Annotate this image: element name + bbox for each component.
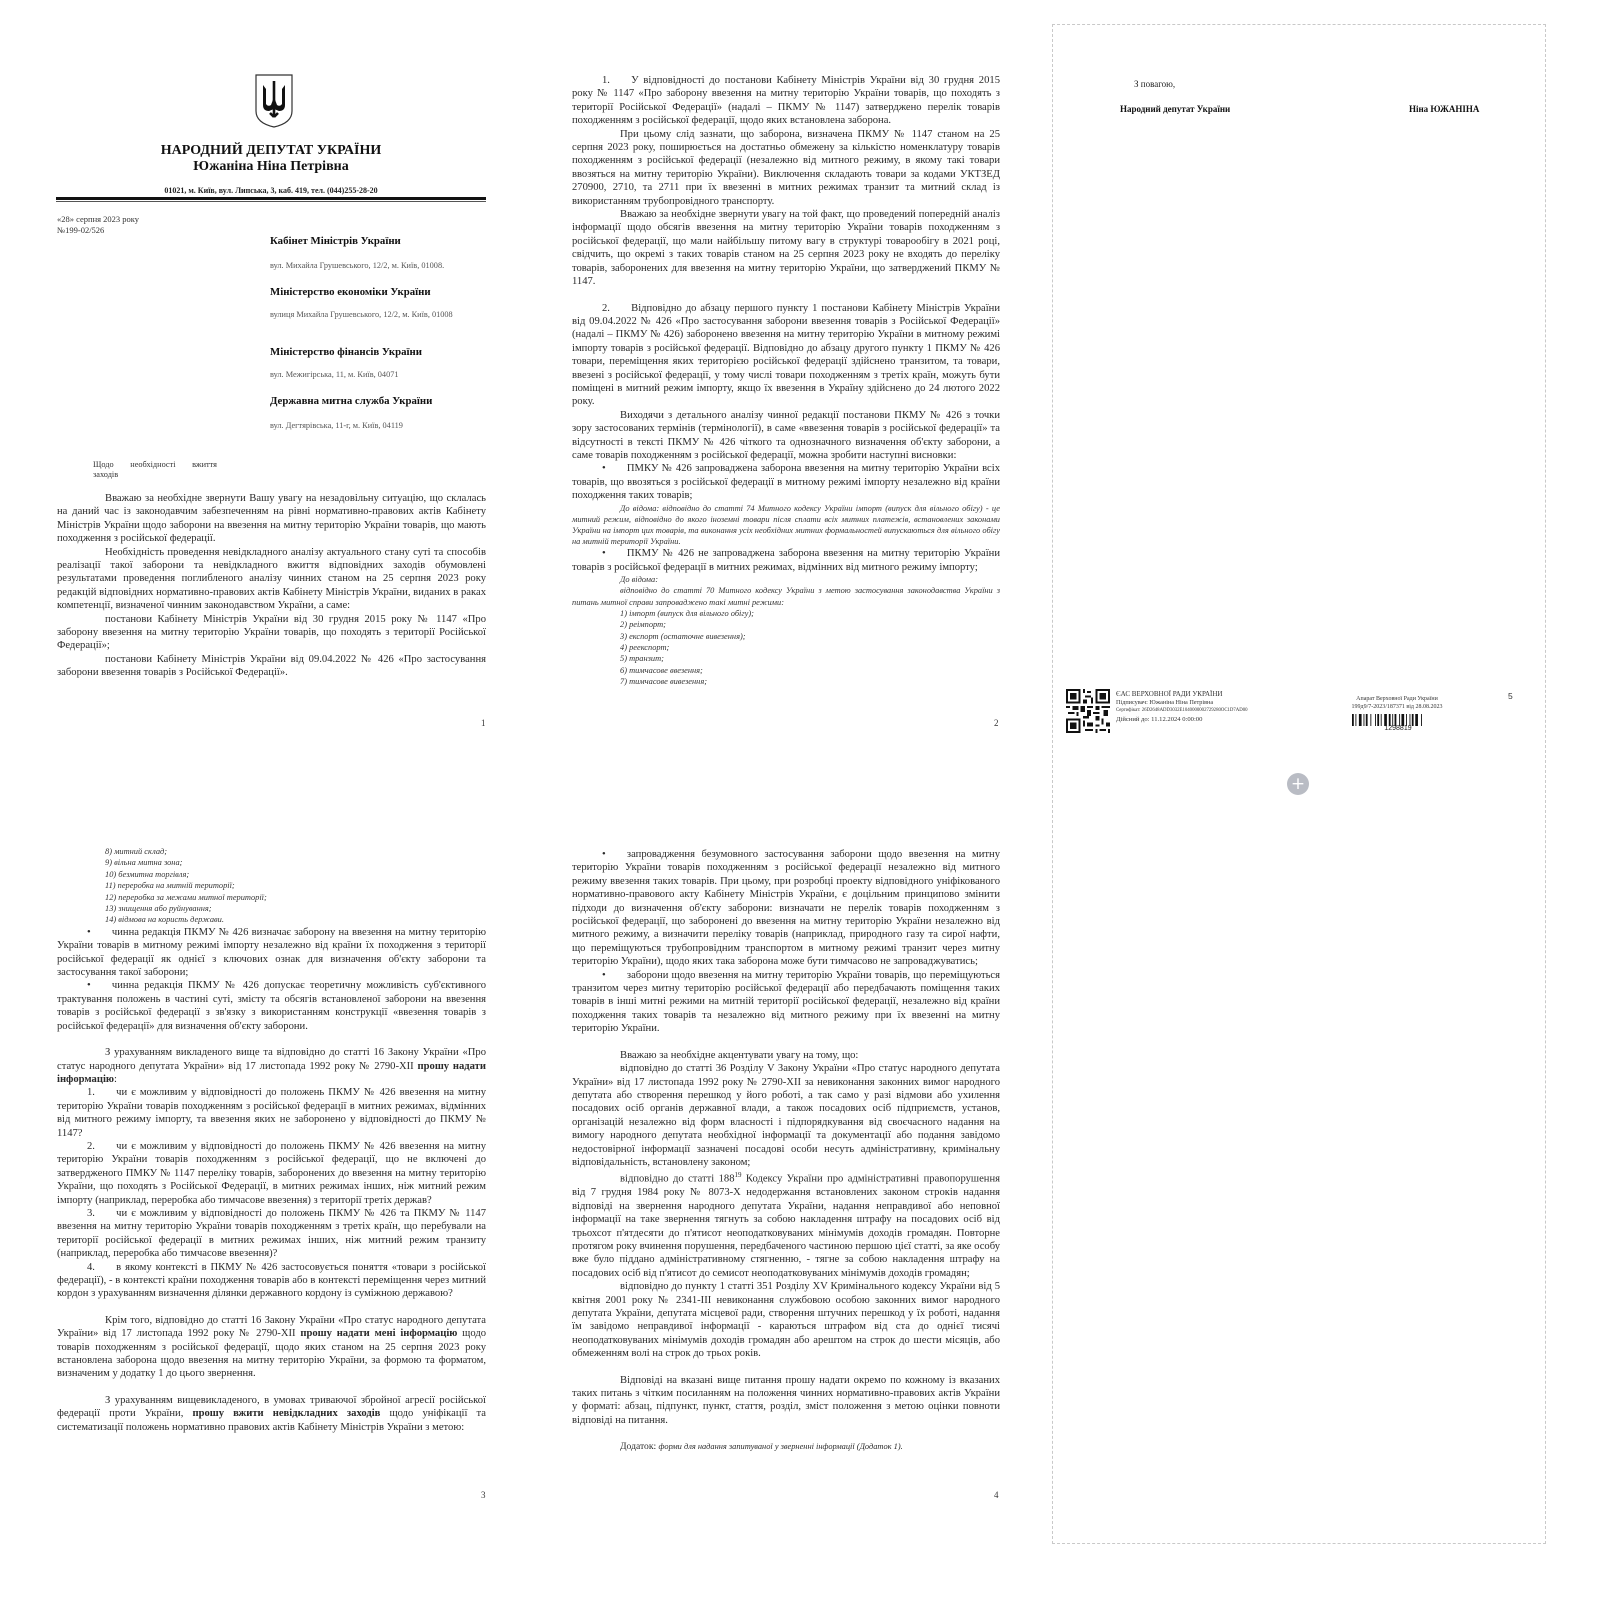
note-text: відповідно до статті 70 Митного кодексу … [572,585,1000,607]
regime-item: 8) митний склад; [105,846,486,857]
qr-code-icon [1066,689,1110,733]
bullet-item: • заборони щодо ввезення на митну терито… [572,969,1000,1036]
text: відповідно до статті 188 [620,1174,735,1185]
recipient-name: Державна митна служба України [270,395,482,407]
paragraph: 2. Відповідно до абзацу першого пункту 1… [572,302,1000,409]
question-item: 4. в якому контексті в ПКМУ № 426 застос… [57,1261,486,1301]
bullet-item: • запровадження безумовного застосування… [572,848,1000,969]
recipient-name: Міністерство фінансів України [270,346,482,358]
page-number: 1 [481,718,486,728]
paragraph: 1. У відповідності до постанови Кабінету… [572,74,1000,128]
regime-item: 1) імпорт (випуск для вільного обігу); [620,608,1000,619]
registration-number: 199д9/7-2023/187371 від 28.08.2023 [1312,703,1482,711]
registration-org: Апарат Верховної Ради України [1312,695,1482,703]
superscript: 19 [735,1171,742,1179]
frame-gap [1380,748,1550,750]
registration-stamp: Апарат Верховної Ради України 199д9/7-20… [1312,695,1482,711]
barcode-value: 1298819 [1352,725,1444,732]
page-2-body: 1. У відповідності до постанови Кабінету… [572,74,1000,688]
question-item: 1. чи є можливим у відповідності до поло… [57,1086,486,1140]
regime-item: 9) вільна митна зона; [105,857,486,868]
letter-meta: «28» серпня 2023 року №199-02/526 [57,214,139,236]
header-rule [56,197,486,200]
plus-icon: + [1291,774,1305,794]
note-title: До відома: [572,574,1000,585]
paragraph: Необхідність проведення невідкладного ан… [57,546,486,613]
paragraph: При цьому слід зазнати, що заборона, виз… [572,128,1000,208]
text: : [114,1074,117,1085]
paragraph: Відповіді на вказані вище питання прошу … [572,1374,1000,1428]
paragraph: відповідно до статті 18819 Кодексу Украї… [572,1169,1000,1280]
recipient-address: вул. Михайла Грушевського, 12/2, м. Київ… [270,260,482,271]
regime-item: 14) відмова на користь держави. [105,914,486,925]
regime-list: 8) митний склад;9) вільна митна зона;10)… [57,846,486,926]
subject-line: заходів [93,470,217,480]
bullet-item: • чинна редакція ПКМУ № 426 допускає тео… [57,979,486,1033]
paragraph: Виходячи з детального аналізу чинної ред… [572,409,1000,463]
eds-valid-until: Дійсний до: 11.12.2024 0:00:00 [1116,716,1248,725]
page-number: 4 [994,1490,999,1500]
header-address: 01021, м. Київ, вул. Липська, 3, каб. 41… [56,186,486,195]
regime-item: 12) переробка за межами митної території… [105,892,486,903]
appendix-label: Додаток: [620,1441,659,1452]
note-text: До відома: відповідно до статті 74 Митно… [572,503,1000,548]
header-rule-thin [56,201,486,202]
eds-certificate: Сертифікат: 26D2648ADD3032E1040000002729… [1116,707,1248,716]
paragraph: Вважаю за необхідне акцентувати увагу на… [572,1049,1000,1062]
recipient-address: вул. Дегтярівська, 11-г, м. Київ, 04119 [270,420,482,431]
page-4-body: • запровадження безумовного застосування… [572,848,1000,1454]
signature-name: Ніна ЮЖАНІНА [1409,104,1479,114]
regime-item: 6) тимчасове ввезення; [620,665,1000,676]
paragraph: постанови Кабінету Міністрів України від… [57,613,486,653]
page-number: 5 [1508,691,1513,701]
page-3-body: 8) митний склад;9) вільна митна зона;10)… [57,846,486,1434]
regime-item: 2) реімпорт; [620,619,1000,630]
paragraph: З урахуванням вищевикладеного, в умовах … [57,1394,486,1434]
regime-item: 7) тимчасове вивезення; [620,676,1000,687]
bold-text: прошу вжити невідкладних заходів [192,1408,380,1419]
bullet-item: • ПМКУ № 426 запроваджена заборона ввезе… [572,462,1000,502]
recipient-4: Державна митна служба України вул. Дегтя… [270,395,482,431]
paragraph: постанови Кабінету Міністрів України від… [57,653,486,680]
recipient-name: Міністерство економіки України [270,286,482,298]
letter-reg-number: №199-02/526 [57,225,139,236]
question-item: 3. чи є можливим у відповідності до поло… [57,1207,486,1261]
regime-item: 5) транзит; [620,653,1000,664]
paragraph: відповідно до статті 36 Розділу V Закону… [572,1062,1000,1169]
bold-text: прошу надати мені інформацію [300,1328,457,1339]
recipient-address: вул. Межигірська, 11, м. Київ, 04071 [270,369,482,380]
recipient-address: вулиця Михайла Грушевського, 12/2, м. Ки… [270,309,482,320]
regime-item: 11) переробка на митній території; [105,880,486,891]
paragraph: Крім того, відповідно до статті 16 Закон… [57,1314,486,1381]
appendix: Додаток: форми для надання запитуваної у… [572,1440,1000,1453]
electronic-signature-block: ЄАС ВЕРХОВНОЇ РАДИ УКРАЇНИ Підписувач: Ю… [1116,690,1248,724]
question-item: 2. чи є можливим у відповідності до поло… [57,1140,486,1207]
regime-item: 3) експорт (остаточне вивезення); [620,631,1000,642]
paragraph: З урахуванням викладеного вище та відпов… [57,1046,486,1086]
recipient-2: Міністерство економіки України вулиця Ми… [270,286,482,320]
note: До відома: відповідно до статті 70 Митно… [572,574,1000,608]
paragraph: Вважаю за необхідне звернути Вашу увагу … [57,492,486,546]
letter-date: «28» серпня 2023 року [57,214,139,225]
header-name: Южаніна Ніна Петрівна [56,159,486,175]
regime-item: 10) безмитна торгівля; [105,869,486,880]
recipient-name: Кабінет Міністрів України [270,235,482,247]
letter-subject: Щодо необхідності вжиття заходів [93,460,217,480]
recipient-1: Кабінет Міністрів України вул. Михайла Г… [270,235,482,271]
header-title: НАРОДНИЙ ДЕПУТАТ УКРАЇНИ [56,143,486,159]
eds-signer: Підписувач: Южаніна Ніна Петрівна [1116,699,1248,708]
bullet-item: • чинна редакція ПКМУ № 426 визначає заб… [57,926,486,980]
appendix-text: форми для надання запитуваної у зверненн… [659,1442,903,1451]
ukraine-trident-emblem-icon [254,73,294,129]
text: Кодексу України про адміністративні прав… [572,1174,1000,1279]
note: До відома: відповідно до статті 74 Митно… [572,503,1000,548]
signature-greeting: З повагою, [1134,79,1175,89]
signature-position: Народний депутат України [1120,104,1230,114]
subject-line: Щодо необхідності вжиття [93,460,217,470]
add-page-button[interactable]: + [1287,773,1309,795]
bullet-item: • ПКМУ № 426 не запроваджена заборона вв… [572,547,1000,574]
paragraph: Вважаю за необхідне звернути увагу на то… [572,208,1000,288]
regime-list: 1) імпорт (випуск для вільного обігу);2)… [572,608,1000,688]
page-1-body: Вважаю за необхідне звернути Вашу увагу … [57,492,486,680]
page-number: 2 [994,718,999,728]
page-number: 3 [481,1490,486,1500]
recipient-3: Міністерство фінансів України вул. Межиг… [270,346,482,380]
regime-item: 4) реекспорт; [620,642,1000,653]
eds-title: ЄАС ВЕРХОВНОЇ РАДИ УКРАЇНИ [1116,690,1248,699]
paragraph: відповідно до пункту 1 статті 351 Розділ… [572,1280,1000,1360]
regime-item: 13) знищення або руйнування; [105,903,486,914]
